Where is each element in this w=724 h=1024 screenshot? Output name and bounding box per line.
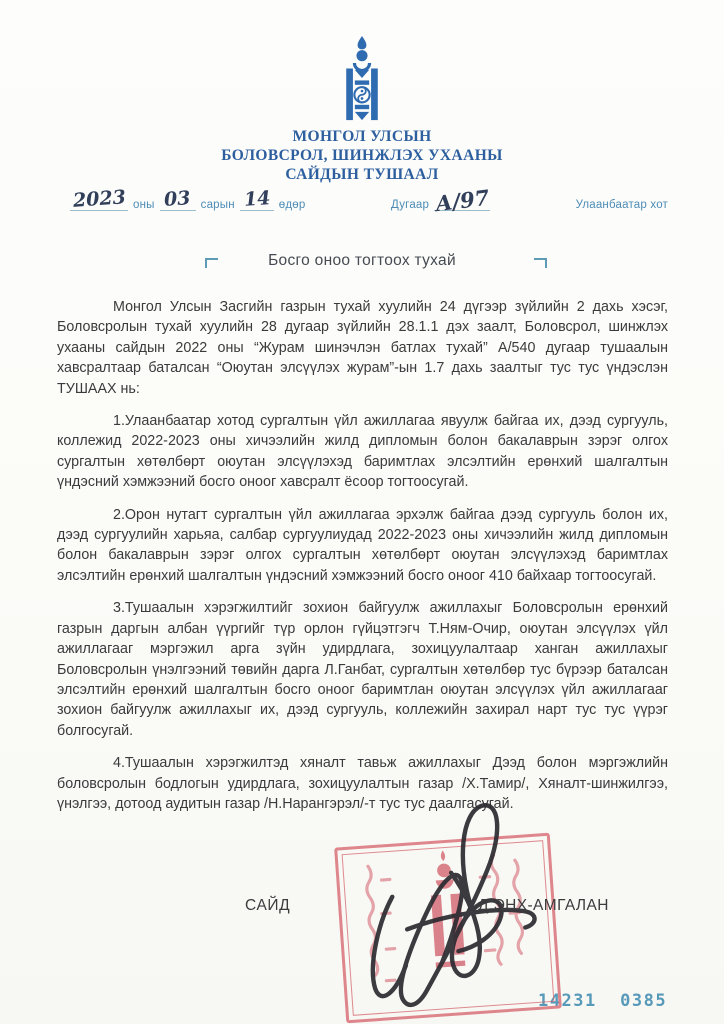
- signer-name: Д.ЭНХ-АМГАЛАН: [478, 897, 609, 915]
- soyombo-emblem: [333, 36, 391, 122]
- date-line: 2023 оны 03 сарын 14 өдөр: [70, 192, 306, 211]
- order-number-label: Дугаар: [391, 199, 429, 211]
- city-label: Улаанбаатар хот: [576, 199, 668, 211]
- org-name-line-3: САЙДЫН ТУШААЛ: [0, 165, 724, 184]
- date-month-value: 03: [164, 192, 191, 206]
- document-title: Босго оноо тогтоох тухай: [0, 252, 724, 270]
- date-day-label: өдөр: [279, 199, 306, 211]
- order-body: Монгол Улсын Засгийн газрын тухай хуулий…: [57, 297, 668, 826]
- date-year-field: 2023: [70, 192, 128, 211]
- meta-line: 2023 оны 03 сарын 14 өдөр Дугаар А/97 Ул…: [70, 192, 668, 211]
- date-month-label: сарын: [201, 199, 235, 211]
- org-name-line-1: МОНГОЛ УЛСЫН: [0, 127, 724, 146]
- order-item-3: 3.Тушаалын хэрэгжилтийг зохион байгуулж …: [57, 598, 668, 741]
- date-year-label: оны: [133, 199, 155, 211]
- date-month-field: 03: [160, 192, 196, 211]
- order-intro-paragraph: Монгол Улсын Засгийн газрын тухай хуулий…: [57, 297, 668, 399]
- title-row: Босго оноо тогтоох тухай: [0, 252, 724, 278]
- date-day-field: 14: [240, 192, 274, 211]
- order-number-line: Дугаар А/97: [391, 192, 490, 211]
- date-year-value: 2023: [72, 191, 126, 207]
- document-page: МОНГОЛ УЛСЫН БОЛОВСРОЛ, ШИНЖЛЭХ УХААНЫ С…: [0, 0, 724, 1024]
- order-number-field: А/97: [434, 192, 490, 211]
- org-name-block: МОНГОЛ УЛСЫН БОЛОВСРОЛ, ШИНЖЛЭХ УХААНЫ С…: [0, 127, 724, 184]
- signer-role: САЙД: [245, 897, 290, 915]
- order-item-1: 1.Улаанбаатар хотод сургалтын үйл ажилла…: [57, 411, 668, 493]
- org-name-line-2: БОЛОВСРОЛ, ШИНЖЛЭХ УХААНЫ: [0, 146, 724, 165]
- corner-mark-right-icon: [534, 258, 547, 268]
- order-item-2: 2.Орон нутагт сургалтын үйл ажиллагаа эр…: [57, 505, 668, 587]
- order-number-value: А/97: [435, 192, 490, 210]
- date-day-value: 14: [243, 192, 270, 206]
- corner-mark-left-icon: [205, 258, 218, 268]
